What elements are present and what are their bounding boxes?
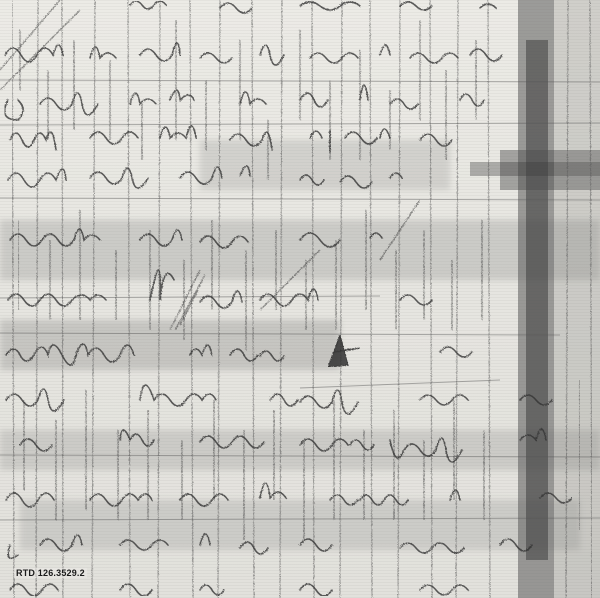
artwork-canvas: RTD 126.3529.2 xyxy=(0,0,600,598)
smudge-layer xyxy=(0,140,600,550)
graphite-drawing xyxy=(0,0,600,598)
catalogue-label: RTD 126.3529.2 xyxy=(14,568,87,578)
